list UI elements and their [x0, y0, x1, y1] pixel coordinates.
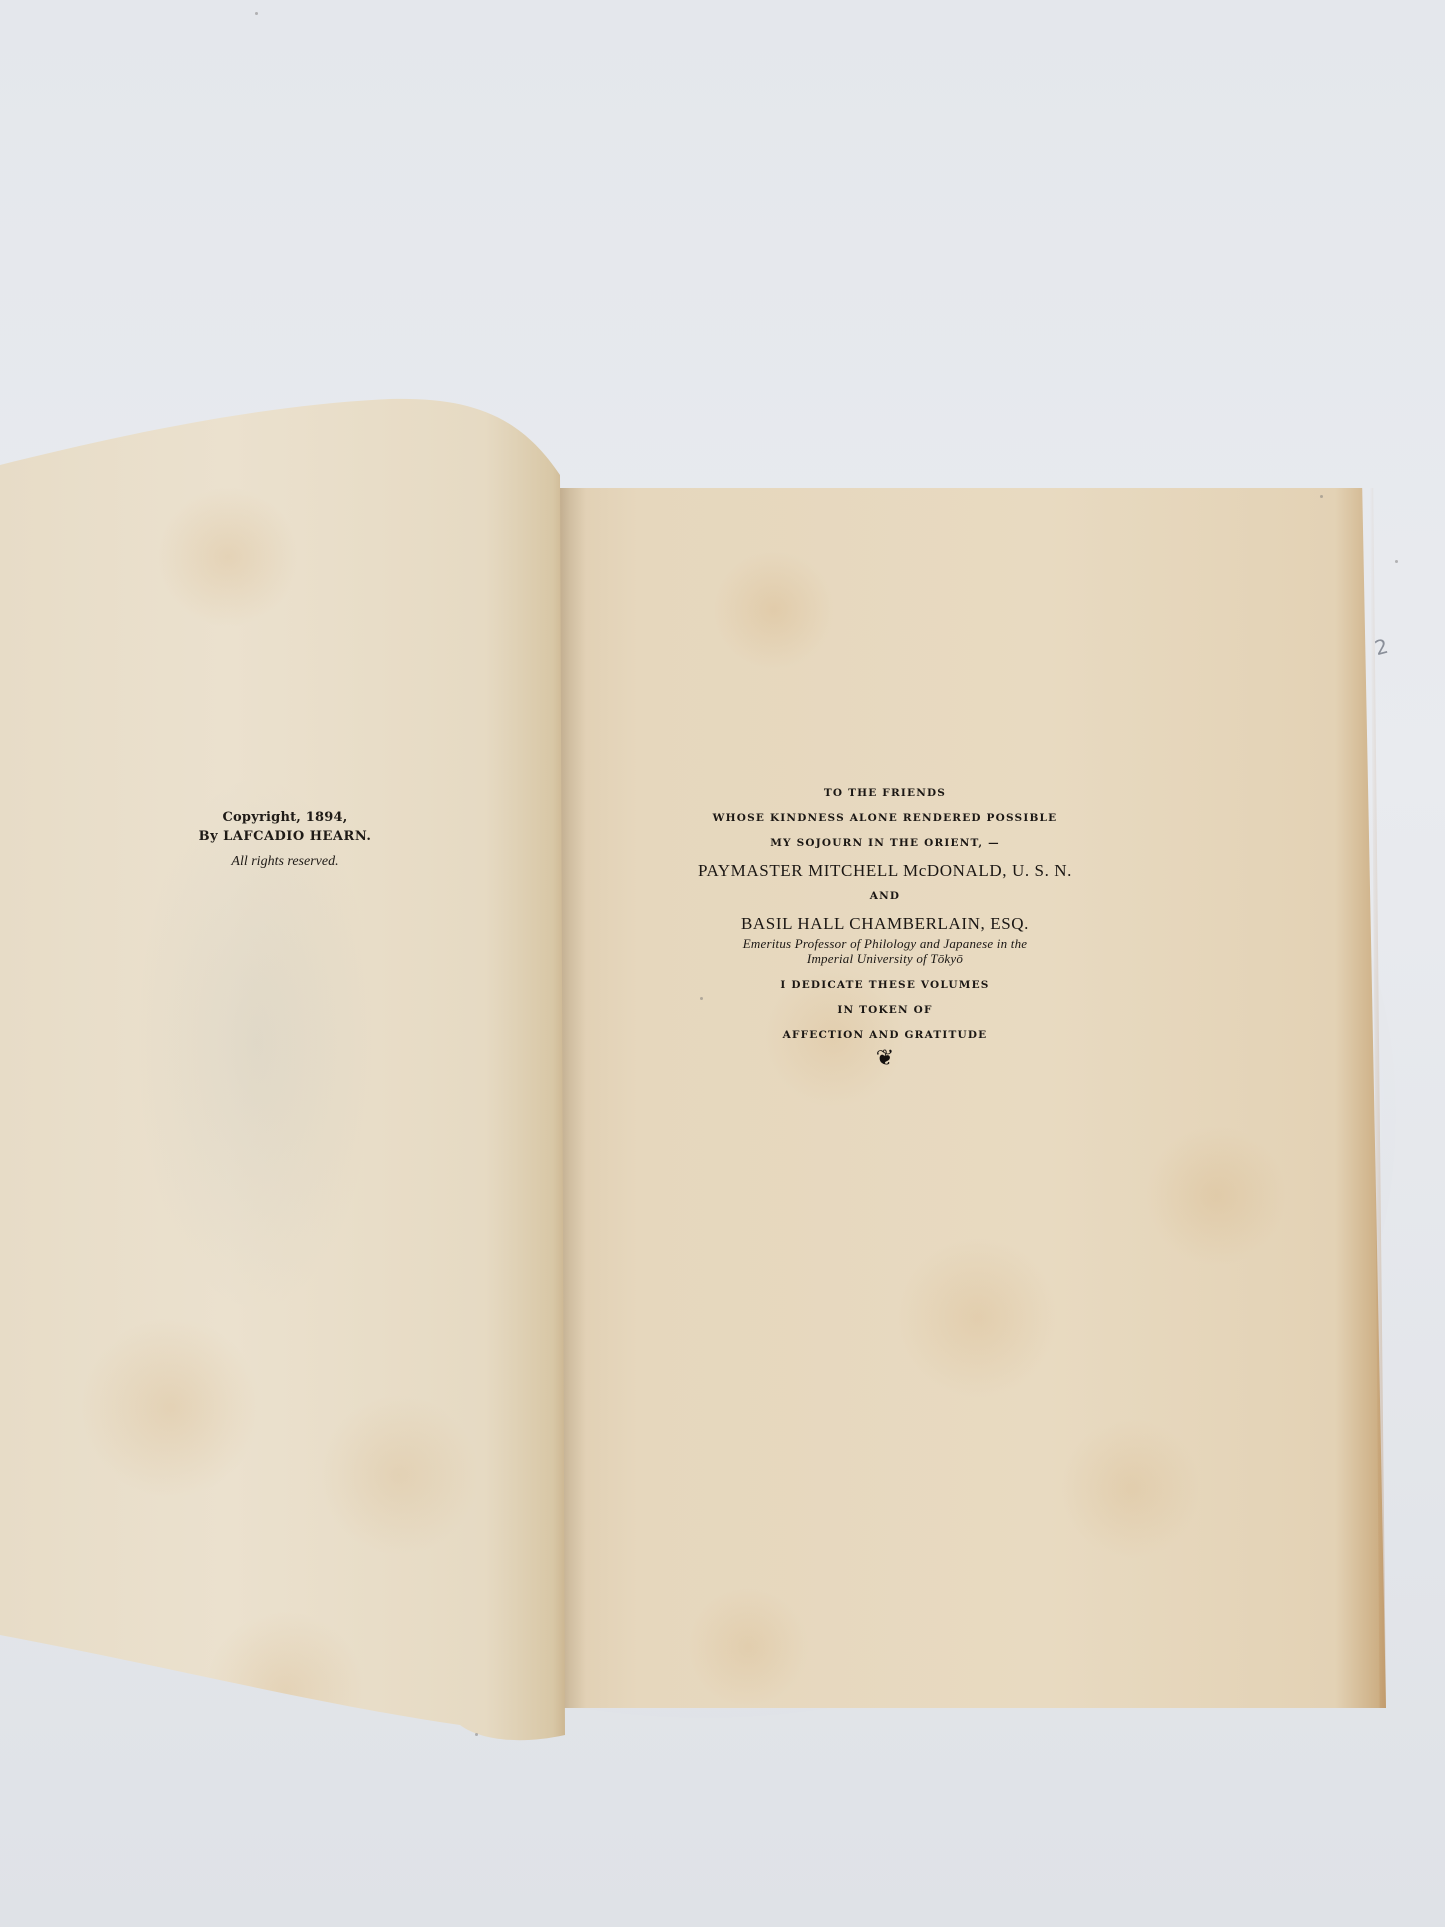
- dust-speck: [1320, 495, 1323, 498]
- left-page-copyright: [0, 395, 570, 1745]
- dedication-line-2: WHOSE KINDNESS ALONE RENDERED POSSIBLE: [660, 811, 1110, 825]
- dedication-block: TO THE FRIENDS WHOSE KINDNESS ALONE REND…: [660, 786, 1110, 1070]
- chamberlain-title-line-2: Imperial University of Tōkyō: [660, 951, 1110, 966]
- dedication-line-4: I DEDICATE THESE VOLUMES: [660, 978, 1110, 992]
- dust-speck: [255, 12, 258, 15]
- copyright-block: Copyright, 1894, By LAFCADIO HEARN. All …: [150, 810, 420, 870]
- dedication-line-3: MY SOJOURN IN THE ORIENT, —: [660, 836, 1110, 850]
- chamberlain-title-line-1: Emeritus Professor of Philology and Japa…: [660, 936, 1110, 951]
- dedication-line-5: IN TOKEN OF: [660, 1003, 1110, 1017]
- fleuron-ornament-icon: ❦: [660, 1046, 1110, 1070]
- dedicatee-mcdonald: PAYMASTER MITCHELL McDONALD, U. S. N.: [660, 861, 1110, 881]
- dedication-line-6: AFFECTION AND GRATITUDE: [660, 1028, 1110, 1042]
- dedicatee-chamberlain: BASIL HALL CHAMBERLAIN, ESQ.: [660, 914, 1110, 934]
- dust-speck: [1395, 560, 1398, 563]
- dedication-line-1: TO THE FRIENDS: [660, 786, 1110, 800]
- rights-reserved: All rights reserved.: [150, 854, 420, 870]
- dedication-and: AND: [660, 889, 1110, 903]
- dust-speck: [475, 1733, 478, 1736]
- dust-speck: [700, 997, 703, 1000]
- copyright-year: Copyright, 1894,: [150, 810, 420, 825]
- right-page-dedication: [536, 488, 1386, 1708]
- photo-scene: Copyright, 1894, By LAFCADIO HEARN. All …: [0, 0, 1445, 1927]
- copyright-author: By LAFCADIO HEARN.: [150, 829, 420, 844]
- chamberlain-title: Emeritus Professor of Philology and Japa…: [660, 936, 1110, 966]
